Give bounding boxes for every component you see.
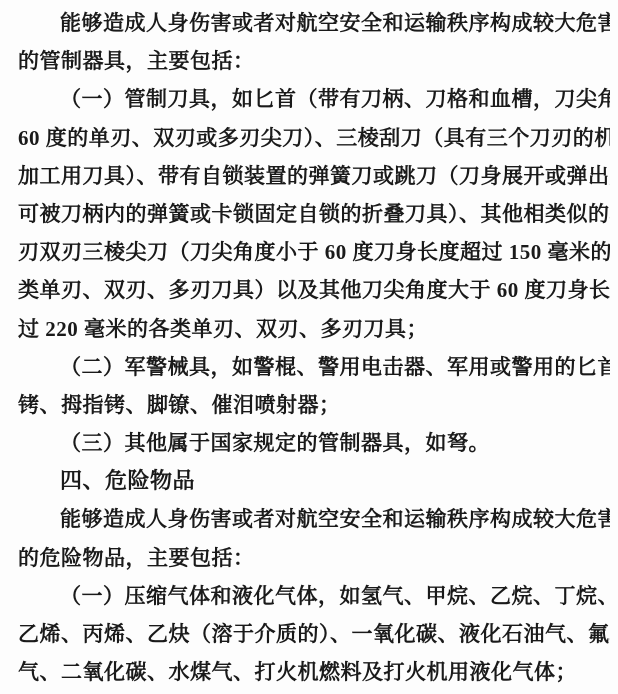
text-line: 的管制器具，主要包括： xyxy=(18,42,610,80)
text-line: 60 度的单刃、双刃或多刃尖刀）、三棱刮刀（具有三个刀刃的机械 xyxy=(18,119,610,157)
text-line: 乙烯、丙烯、乙炔（溶于介质的）、一氧化碳、液化石油气、氟利昂、氧 xyxy=(18,615,610,653)
section-heading: 四、危险物品 xyxy=(18,462,610,500)
paragraph: （一）管制刀具，如匕首（带有刀柄、刀格和血槽，刀尖角度小于 60 度的单刃、双刃… xyxy=(18,80,610,347)
text-line: 加工用刀具）、带有自锁装置的弹簧刀或跳刀（刀身展开或弹出后， xyxy=(18,157,610,195)
paragraph: 能够造成人身伤害或者对航空安全和运输秩序构成较大危害 的管制器具，主要包括： xyxy=(18,4,610,80)
text-line: （二）军警械具，如警棍、警用电击器、军用或警用的匕首、手 xyxy=(18,348,610,386)
text-line: 能够造成人身伤害或者对航空安全和运输秩序构成较大危害 xyxy=(18,500,610,538)
paragraph: 能够造成人身伤害或者对航空安全和运输秩序构成较大危害 的危险物品，主要包括： xyxy=(18,500,610,576)
text-line: 可被刀柄内的弹簧或卡锁固定自锁的折叠刀具）、其他相类似的单 xyxy=(18,195,610,233)
text-line: （一）压缩气体和液化气体，如氢气、甲烷、乙烷、丁烷、天然气、 xyxy=(18,577,610,615)
paragraph: （二）军警械具，如警棍、警用电击器、军用或警用的匕首、手 铐、拇指铐、脚镣、催泪… xyxy=(18,348,610,424)
text-line: （一）管制刀具，如匕首（带有刀柄、刀格和血槽，刀尖角度小于 xyxy=(18,80,610,118)
text-line: （三）其他属于国家规定的管制器具，如弩。 xyxy=(18,424,610,462)
text-line: 刃双刃三棱尖刀（刀尖角度小于 60 度刀身长度超过 150 毫米的各 xyxy=(18,233,610,271)
text-line: 类单刃、双刃、多刃刀具）以及其他刀尖角度大于 60 度刀身长度超 xyxy=(18,271,610,309)
text-line: 过 220 毫米的各类单刃、双刃、多刃刀具； xyxy=(18,310,610,348)
text-line: 气、二氧化碳、水煤气、打火机燃料及打火机用液化气体； xyxy=(18,653,610,691)
document-page: 能够造成人身伤害或者对航空安全和运输秩序构成较大危害 的管制器具，主要包括： （… xyxy=(0,0,618,694)
text-line: 能够造成人身伤害或者对航空安全和运输秩序构成较大危害 xyxy=(18,4,610,42)
text-line: 的危险物品，主要包括： xyxy=(18,539,610,577)
paragraph: （三）其他属于国家规定的管制器具，如弩。 xyxy=(18,424,610,462)
text-line: 铐、拇指铐、脚镣、催泪喷射器； xyxy=(18,386,610,424)
section-heading-text: 四、危险物品 xyxy=(18,462,610,500)
paragraph: （一）压缩气体和液化气体，如氢气、甲烷、乙烷、丁烷、天然气、 乙烯、丙烯、乙炔（… xyxy=(18,577,610,692)
